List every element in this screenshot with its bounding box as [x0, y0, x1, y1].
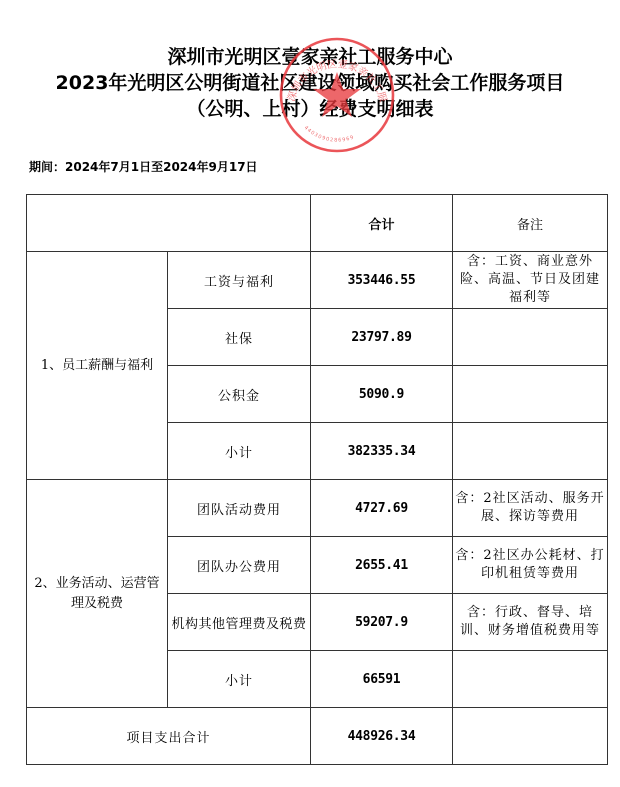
svg-text:4403090286969: 4403090286969	[303, 125, 356, 144]
note-cell: 含：2社区活动、服务开展、探访等费用	[453, 480, 608, 537]
category-cell: 2、业务活动、运营管理及税费	[27, 480, 168, 708]
amount-cell: 5090.9	[311, 366, 453, 423]
subtotal-amount: 382335.34	[311, 423, 453, 480]
expense-table: 合计 备注 1、员工薪酬与福利 工资与福利 353446.55 含：工资、商业意…	[26, 194, 608, 765]
note-cell	[453, 366, 608, 423]
note-cell: 含：行政、督导、培训、财务增值税费用等	[453, 594, 608, 651]
item-cell: 团队活动费用	[168, 480, 311, 537]
amount-cell: 2655.41	[311, 537, 453, 594]
note-cell: 含：工资、商业意外险、高温、节日及团建福利等	[453, 252, 608, 309]
item-cell: 公积金	[168, 366, 311, 423]
note-cell	[453, 423, 608, 480]
table-header-row: 合计 备注	[27, 195, 608, 252]
header-total: 合计	[311, 195, 453, 252]
item-cell: 工资与福利	[168, 252, 311, 309]
category-cell: 1、员工薪酬与福利	[27, 252, 168, 480]
note-cell: 含：2社区办公耗材、打印机租赁等费用	[453, 537, 608, 594]
table-row: 1、员工薪酬与福利 工资与福利 353446.55 含：工资、商业意外险、高温、…	[27, 252, 608, 309]
subtotal-label: 小计	[168, 651, 311, 708]
document-title-project: 2023年光明区公明街道社区建设领域购买社会工作服务项目	[0, 70, 620, 96]
amount-cell: 23797.89	[311, 309, 453, 366]
table-row: 2、业务活动、运营管理及税费 团队活动费用 4727.69 含：2社区活动、服务…	[27, 480, 608, 537]
seal-number: 4403090286969	[303, 125, 356, 144]
document-title-org: 深圳市光明区壹家亲社工服务中心	[0, 44, 620, 70]
grand-total-label: 项目支出合计	[27, 708, 311, 765]
period-label: 期间：2024年7月1日至2024年9月17日	[29, 158, 258, 175]
item-cell: 社保	[168, 309, 311, 366]
subtotal-label: 小计	[168, 423, 311, 480]
item-cell: 团队办公费用	[168, 537, 311, 594]
subtotal-amount: 66591	[311, 651, 453, 708]
amount-cell: 353446.55	[311, 252, 453, 309]
header-note: 备注	[453, 195, 608, 252]
amount-cell: 59207.9	[311, 594, 453, 651]
item-cell: 机构其他管理费及税费	[168, 594, 311, 651]
note-cell	[453, 309, 608, 366]
note-cell	[453, 708, 608, 765]
note-cell	[453, 651, 608, 708]
header-blank-cell	[27, 195, 311, 252]
document-title-subtitle: （公明、上村）经费支明细表	[0, 96, 620, 122]
amount-cell: 4727.69	[311, 480, 453, 537]
grand-total-row: 项目支出合计 448926.34	[27, 708, 608, 765]
grand-total-amount: 448926.34	[311, 708, 453, 765]
